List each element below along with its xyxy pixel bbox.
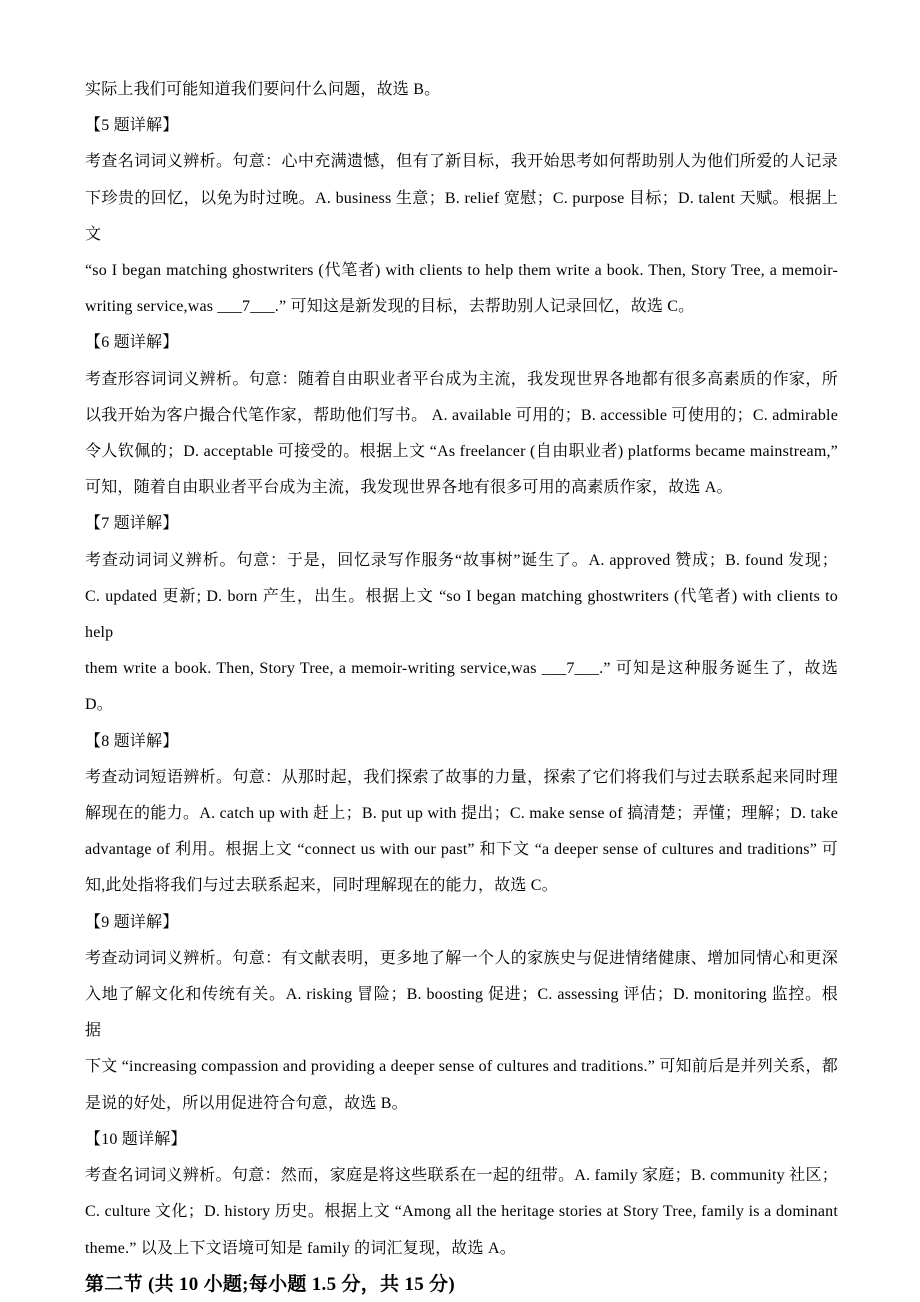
- explanation-text-line: C. updated 更新; D. born 产生，出生。根据上文 “so I …: [85, 579, 838, 651]
- explanation-text-line: 以我开始为客户撮合代笔作家，帮助他们写书。 A. available 可用的；B…: [85, 398, 838, 434]
- explanation-text-line: C. culture 文化；D. history 历史。根据上文 “Among …: [85, 1194, 838, 1230]
- question-explanation-header: 【9 题详解】: [85, 905, 838, 941]
- explanation-text-line: 令人钦佩的；D. acceptable 可接受的。根据上文 “As freela…: [85, 434, 838, 470]
- explanation-text-line: theme.” 以及上下文语境可知是 family 的词汇复现，故选 A。: [85, 1231, 838, 1267]
- part-two-heading: 第二节 (共 10 小题;每小题 1.5 分，共 15 分): [85, 1267, 838, 1302]
- question-explanation-header: 【5 题详解】: [85, 108, 838, 144]
- explanation-text-line: 可知，随着自由职业者平台成为主流，我发现世界各地有很多可用的高素质作家，故选 A…: [85, 470, 838, 506]
- explanation-text-line: 考查动词短语辨析。句意：从那时起，我们探索了故事的力量，探索了它们将我们与过去联…: [85, 760, 838, 796]
- explanation-text-line: 考查形容词词义辨析。句意：随着自由职业者平台成为主流，我发现世界各地都有很多高素…: [85, 362, 838, 398]
- explanation-text-line: D。: [85, 687, 838, 723]
- explanation-text-line: 知,此处指将我们与过去联系起来，同时理解现在的能力，故选 C。: [85, 868, 838, 904]
- document-page: 实际上我们可能知道我们要问什么问题，故选 B。【5 题详解】考查名词词义辨析。句…: [0, 0, 920, 1302]
- question-explanation-header: 【7 题详解】: [85, 506, 838, 542]
- question-explanation-header: 【10 题详解】: [85, 1122, 838, 1158]
- explanation-text-line: 入地了解文化和传统有关。A. risking 冒险；B. boosting 促进…: [85, 977, 838, 1049]
- explanation-text-line: 考查动词词义辨析。句意：有文献表明，更多地了解一个人的家族史与促进情绪健康、增加…: [85, 941, 838, 977]
- explanation-text-line: 是说的好处，所以用促进符合句意，故选 B。: [85, 1086, 838, 1122]
- question-explanation-header: 【8 题详解】: [85, 724, 838, 760]
- explanation-text-line: 实际上我们可能知道我们要问什么问题，故选 B。: [85, 72, 838, 108]
- explanation-text-line: 解现在的能力。A. catch up with 赶上；B. put up wit…: [85, 796, 838, 832]
- explanation-text-line: 下珍贵的回忆，以免为时过晚。A. business 生意；B. relief 宽…: [85, 181, 838, 253]
- explanation-text-line: 下文 “increasing compassion and providing …: [85, 1049, 838, 1085]
- explanation-text-line: 考查名词词义辨析。句意：然而，家庭是将这些联系在一起的纽带。A. family …: [85, 1158, 838, 1194]
- document-content: 实际上我们可能知道我们要问什么问题，故选 B。【5 题详解】考查名词词义辨析。句…: [85, 72, 838, 1302]
- question-explanation-header: 【6 题详解】: [85, 325, 838, 361]
- explanation-text-line: them write a book. Then, Story Tree, a m…: [85, 651, 838, 687]
- explanation-text-line: 考查名词词义辨析。句意：心中充满遗憾，但有了新目标，我开始思考如何帮助别人为他们…: [85, 144, 838, 180]
- explanation-text-line: “so I began matching ghostwriters (代笔者) …: [85, 253, 838, 289]
- explanation-text-line: writing service,was ___7___.” 可知这是新发现的目标…: [85, 289, 838, 325]
- explanation-text-line: 考查动词词义辨析。句意：于是，回忆录写作服务“故事树”诞生了。A. approv…: [85, 543, 838, 579]
- explanation-text-line: advantage of 利用。根据上文 “connect us with ou…: [85, 832, 838, 868]
